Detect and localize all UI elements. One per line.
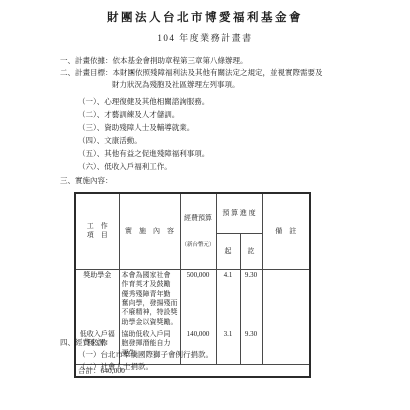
start-cell: 3.1 — [216, 329, 240, 365]
objective-item-1: （一）、心理復健及其他相關諮詢服務。 — [78, 97, 209, 107]
col-header-work-item: 工 作 項 目 — [75, 193, 119, 269]
col-header-start: 起 — [216, 234, 240, 269]
plan-objective-line2: 財力狀況為殘胞及社區辦理左列事項。 — [112, 80, 240, 90]
objective-item-3: （三）、資助殘障人士及輔導就業。 — [78, 123, 194, 133]
document-title: 財團法人台北市博愛福利基金會 — [0, 9, 410, 25]
objective-item-2: （二）、才藝訓練及人才儲訓。 — [78, 110, 179, 120]
end-cell: 9.30 — [240, 329, 262, 365]
col-header-budget: 經費預算 （新台幣元） — [180, 193, 216, 269]
implementation-heading: 三、實施內容： — [60, 176, 113, 186]
plan-objective-line1: 二、計畫目標：本財團依照殘障福利法及其他有關法定之規定，並視實際需要及 — [60, 68, 323, 78]
budget-unit-label: （新台幣元） — [182, 242, 215, 249]
objective-item-4: （四）、文康活動。 — [78, 136, 142, 146]
document-subtitle: 104 年度業務計畫書 — [0, 31, 410, 44]
col-header-end: 訖 — [240, 234, 262, 269]
plan-basis-text: 一、計畫依據：依本基金會捐助章程第三章第八條辦理。 — [60, 56, 248, 66]
col-header-note: 備 註 — [262, 193, 310, 269]
col-header-progress: 預 算 進 度 — [216, 193, 262, 234]
content-cell: 本會為國家社會 作育英才及鼓勵 優秀殘障青年勤 奮向學，發揚殘而 不廢精神，特設… — [119, 269, 180, 329]
work-item-cell: 獎助學金 — [75, 269, 119, 329]
budget-label: 經費預算 — [182, 214, 215, 223]
table-row-scholarship: 獎助學金 本會為國家社會 作育英才及鼓勵 優秀殘障青年勤 奮向學，發揚殘而 不廢… — [75, 269, 310, 329]
end-cell: 9.30 — [240, 269, 262, 329]
objective-item-6: （六）、低收入戶福利工作。 — [78, 162, 172, 172]
objective-item-5: （五）、其他有益之促進殘障福利事項。 — [78, 149, 209, 159]
funding-heading: 四、經費來源： — [60, 338, 113, 348]
budget-cell: 500,000 — [180, 269, 216, 329]
start-cell: 4.1 — [216, 269, 240, 329]
note-cell — [262, 329, 310, 365]
funding-item-1: （一）台北市華僑國際獅子會例行捐款。 — [78, 350, 213, 360]
funding-item-2: （二）社會人士捐款。 — [78, 362, 153, 372]
note-cell — [262, 269, 310, 329]
col-header-content: 實 施 內 容 — [119, 193, 180, 269]
document-page: 財團法人台北市博愛福利基金會 104 年度業務計畫書 一、計畫依據：依本基金會捐… — [0, 0, 410, 410]
